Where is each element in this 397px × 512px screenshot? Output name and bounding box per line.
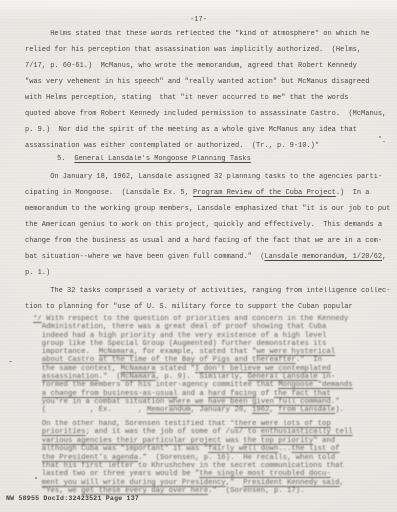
- text-line: the American genius to work on this proj…: [25, 217, 390, 233]
- footnote-line: assassination." (McNamara, p. 9). Simila…: [33, 373, 353, 381]
- text-line: tion to planning for "use of U. S. milit…: [25, 299, 390, 315]
- archive-stamp: NW 58955 DocId:32423521 Page 137: [6, 495, 139, 502]
- section-number: 5.: [57, 155, 65, 163]
- footnote-line: formed the members of his inter-agency c…: [33, 381, 353, 389]
- footnote-line: that his first letter to Khrushchev in t…: [33, 462, 353, 470]
- footnote-line: a change from business-as-usual and a ha…: [33, 390, 353, 398]
- text-line: memorandum to the working group members,…: [25, 201, 390, 217]
- footnote-line: you're in a combat situation where we ha…: [33, 398, 353, 406]
- text-line: quoted above from Robert Kennedy include…: [25, 106, 386, 122]
- text-line: p. 1.): [25, 265, 390, 281]
- text-line: assassination was either contemplated or…: [25, 138, 386, 154]
- scan-artifact: [383, 141, 385, 142]
- footnote-line: group like the Special Group (Augmented)…: [33, 340, 353, 348]
- footnote-line: Administration, there was a great deal o…: [33, 323, 353, 331]
- scanned-document-page: -17- Helms stated that these words refle…: [0, 0, 397, 512]
- footnote-line: ( , Ex. , Memorandum, January 20, 1962, …: [33, 406, 353, 414]
- scan-artifact: [35, 477, 37, 479]
- footnote-line: about Castro at the time of the Bay of P…: [33, 356, 353, 364]
- footnote-line: priorities; and it was the job of some o…: [33, 428, 353, 436]
- text-line: p. 9.) Nor did the spirit of the meeting…: [25, 122, 386, 138]
- text-line: "was very vehement in his speech" and "r…: [25, 74, 386, 90]
- footnote-line: although Cuba was "important" it was "fa…: [33, 445, 353, 453]
- scan-artifact: [9, 361, 12, 362]
- scan-artifact: [379, 136, 381, 138]
- section-title: General Lansdale's Mongoose Planning Tas…: [74, 155, 250, 163]
- text-line: Helms stated that these words reflected …: [25, 26, 386, 42]
- text-line: 7/17, p. 60-61.) McManus, who wrote the …: [25, 58, 386, 74]
- footnote-line: the same context, McNamara stated "I don…: [33, 365, 353, 373]
- footnote-line: */ With respect to the question of prior…: [33, 315, 353, 323]
- section-heading: 5.General Lansdale's Mongoose Planning T…: [57, 155, 251, 163]
- text-line: cipating in Mongoose. (Lansdale Ex. 5, P…: [25, 185, 390, 201]
- text-line: relied for his perception that assassina…: [25, 42, 386, 58]
- text-line: with Helms perception, stating that "it …: [25, 90, 386, 106]
- footnote-line: indeed had a high priority and the very …: [33, 332, 353, 340]
- paragraph-lansdale-tasks: On January 18, 1962, Lansdale assigned 3…: [25, 169, 390, 281]
- footnote-line: the President's agenda." (Sorensen, p. 1…: [33, 454, 353, 462]
- paragraph-32-tasks: The 32 tasks comprised a variety of acti…: [25, 283, 390, 315]
- text-line: bat situation--where we have been given …: [25, 249, 390, 265]
- footnote-line: ment you will write during your Presiden…: [33, 479, 353, 487]
- text-line: On January 18, 1962, Lansdale assigned 3…: [25, 169, 390, 185]
- text-line: The 32 tasks comprised a variety of acti…: [25, 283, 390, 299]
- page-number: -17-: [0, 16, 397, 24]
- footnote-line: lasted two or three years would be "the …: [33, 470, 353, 478]
- footnote-line: various agencies their particular projec…: [33, 437, 353, 445]
- footnote-block-sorensen: On the other hand, Sorensen testified th…: [33, 420, 353, 496]
- text-line: change from the business as usual and a …: [25, 233, 390, 249]
- footnote-block-priorities: */ With respect to the question of prior…: [33, 315, 353, 415]
- footnote-line: importance. McNamara, for example, state…: [33, 348, 353, 356]
- footnote-line: On the other hand, Sorensen testified th…: [33, 420, 353, 428]
- paragraph-helms-mcmanus: Helms stated that these words reflected …: [25, 26, 386, 154]
